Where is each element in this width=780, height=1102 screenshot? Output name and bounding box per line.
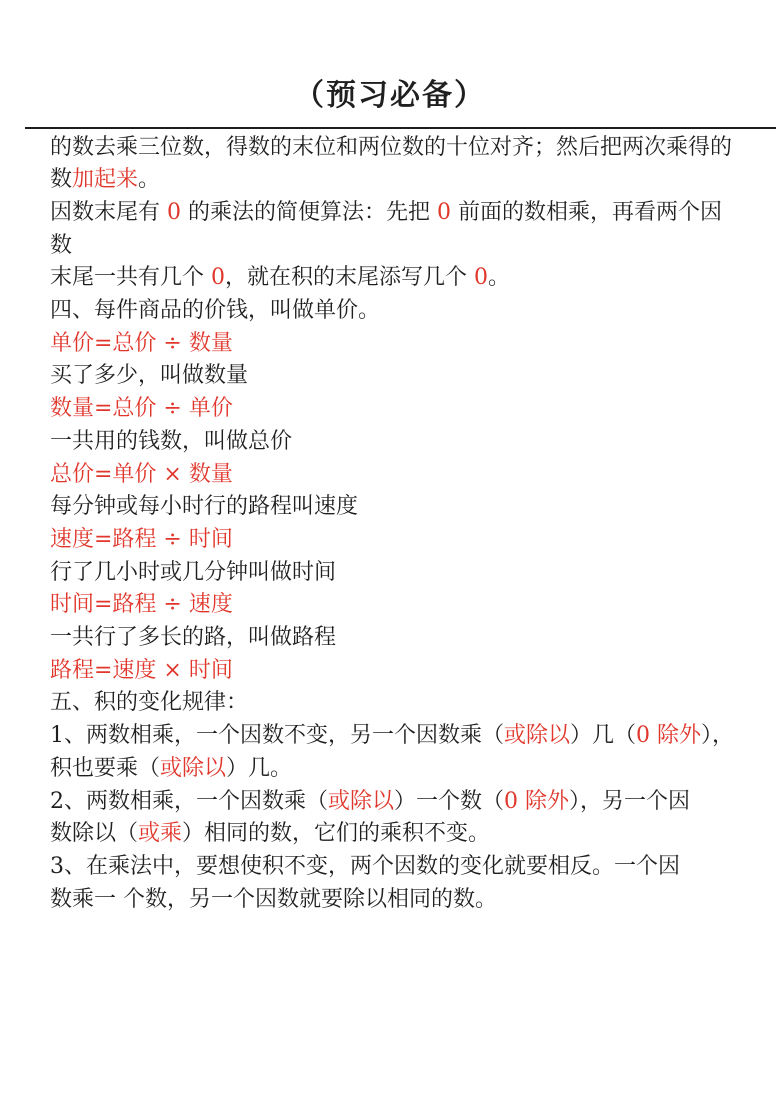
- text-line: 速度=路程 ÷ 时间: [50, 524, 740, 557]
- highlighted-text: 或乘: [138, 821, 182, 846]
- text-segment: ）一个数（: [394, 789, 504, 814]
- text-line: 数除以（或乘）相同的数，它们的乘积不变。: [50, 818, 740, 851]
- text-line: 末尾一共有几个 0，就在积的末尾添写几个 0。: [50, 262, 740, 295]
- text-segment: 1、两数相乘，一个因数不变，另一个因数乘（: [50, 723, 504, 748]
- text-line: 四、每件商品的价钱，叫做单价。: [50, 295, 740, 328]
- text-segment: 五、积的变化规律：: [50, 690, 248, 715]
- text-line: 一共行了多长的路，叫做路程: [50, 622, 740, 655]
- text-segment: 数除以（: [50, 821, 138, 846]
- text-line: 单价=总价 ÷ 数量: [50, 328, 740, 361]
- highlighted-text: 加起来: [72, 167, 138, 192]
- text-line: 每分钟或每小时行的路程叫速度: [50, 491, 740, 524]
- text-segment: 数: [50, 167, 72, 192]
- text-line: 时间=路程 ÷ 速度: [50, 589, 740, 622]
- highlighted-text: 0: [211, 265, 225, 290]
- text-line: 3、在乘法中，要想使积不变，两个因数的变化就要相反。一个因: [50, 851, 740, 884]
- page-title: （预习必备）: [0, 0, 780, 117]
- text-segment: ），: [701, 723, 734, 748]
- text-line: 一共用的钱数，叫做总价: [50, 426, 740, 459]
- text-line: 数量=总价 ÷ 单价: [50, 393, 740, 426]
- highlighted-text: 或除以: [504, 723, 570, 748]
- text-segment: ）相同的数，它们的乘积不变。: [182, 821, 490, 846]
- highlighted-text: 总价=单价 × 数量: [50, 462, 233, 487]
- document-page: （预习必备） 的数去乘三位数，得数的末位和两位数的十位对齐；然后把两次乘得的数加…: [0, 0, 780, 1102]
- text-line: 的数去乘三位数，得数的末位和两位数的十位对齐；然后把两次乘得的: [50, 132, 740, 165]
- text-segment: 3、在乘法中，要想使积不变，两个因数的变化就要相反。一个因: [50, 854, 680, 879]
- text-segment: ）几。: [226, 756, 292, 781]
- text-line: 1、两数相乘，一个因数不变，另一个因数乘（或除以）几（0 除外），: [50, 720, 740, 753]
- highlighted-text: 单价=总价 ÷ 数量: [50, 331, 233, 356]
- highlighted-text: 数量=总价 ÷ 单价: [50, 396, 233, 421]
- text-line: 因数末尾有 0 的乘法的简便算法：先把 0 前面的数相乘，再看两个因数: [50, 197, 740, 262]
- text-segment: 每分钟或每小时行的路程叫速度: [50, 494, 358, 519]
- text-line: 积也要乘（或除以）几。: [50, 753, 740, 786]
- highlighted-text: 0 除外: [636, 723, 701, 748]
- text-segment: 买了多少，叫做数量: [50, 363, 248, 388]
- text-segment: 一共用的钱数，叫做总价: [50, 429, 292, 454]
- text-line: 总价=单价 × 数量: [50, 459, 740, 492]
- text-segment: 的数去乘三位数，得数的末位和两位数的十位对齐；然后把两次乘得的: [50, 135, 732, 160]
- text-line: 数加起来。: [50, 164, 740, 197]
- document-body: 的数去乘三位数，得数的末位和两位数的十位对齐；然后把两次乘得的数加起来。因数末尾…: [50, 132, 740, 917]
- text-line: 行了几小时或几分钟叫做时间: [50, 557, 740, 590]
- text-segment: 四、每件商品的价钱，叫做单价。: [50, 298, 380, 323]
- highlighted-text: 0: [167, 200, 181, 225]
- text-segment: 的乘法的简便算法：先把: [181, 200, 437, 225]
- text-segment: ），另一个因: [569, 789, 690, 814]
- highlighted-text: 或除以: [160, 756, 226, 781]
- text-segment: 末尾一共有几个: [50, 265, 211, 290]
- text-segment: 行了几小时或几分钟叫做时间: [50, 560, 336, 585]
- text-segment: 。: [138, 167, 160, 192]
- text-segment: 。: [488, 265, 510, 290]
- text-segment: 数乘一 个数，另一个因数就要除以相同的数。: [50, 887, 497, 912]
- text-segment: ）几（: [570, 723, 636, 748]
- text-segment: 因数末尾有: [50, 200, 167, 225]
- highlighted-text: 或除以: [328, 789, 394, 814]
- highlighted-text: 0: [437, 200, 451, 225]
- text-segment: ，就在积的末尾添写几个: [225, 265, 474, 290]
- text-line: 五、积的变化规律：: [50, 687, 740, 720]
- text-segment: 2、两数相乘，一个因数乘（: [50, 789, 328, 814]
- highlighted-text: 速度=路程 ÷ 时间: [50, 527, 233, 552]
- highlighted-text: 时间=路程 ÷ 速度: [50, 592, 233, 617]
- highlighted-text: 0 除外: [504, 789, 569, 814]
- text-line: 数乘一 个数，另一个因数就要除以相同的数。: [50, 884, 740, 917]
- text-segment: 积也要乘（: [50, 756, 160, 781]
- text-line: 路程=速度 × 时间: [50, 655, 740, 688]
- text-segment: 一共行了多长的路，叫做路程: [50, 625, 336, 650]
- highlighted-text: 0: [474, 265, 488, 290]
- title-divider: [25, 127, 776, 129]
- highlighted-text: 路程=速度 × 时间: [50, 658, 233, 683]
- text-line: 买了多少，叫做数量: [50, 360, 740, 393]
- text-line: 2、两数相乘，一个因数乘（或除以）一个数（0 除外），另一个因: [50, 786, 740, 819]
